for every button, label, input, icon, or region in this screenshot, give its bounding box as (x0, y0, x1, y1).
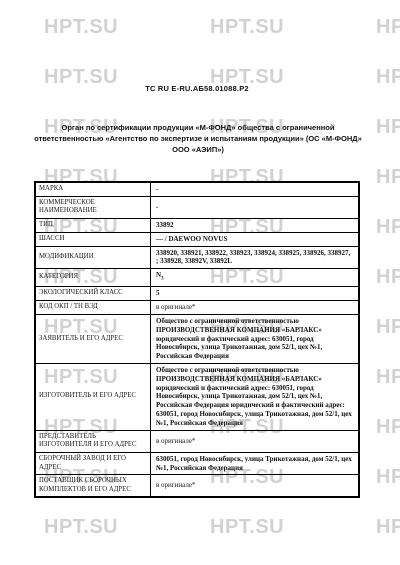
row-label: КОД ОКП / ТН ВЭД (35, 301, 151, 315)
table-row: МАРКА- (35, 182, 359, 196)
watermark-text: HPT.SU (44, 516, 118, 539)
watermark-text: HPT.SU (376, 416, 400, 439)
table-row: ЗАЯВИТЕЛЬ И ЕГО АДРЕСОбщество с ограниче… (35, 314, 359, 363)
watermark-text: HPT.SU (376, 366, 400, 389)
row-value: Общество с ограниченной ответственностью… (151, 314, 360, 363)
table-row: СБОРОЧНЫЙ ЗАВОД И ЕГО АДРЕС630051, город… (35, 452, 359, 475)
table-row: ЭКОЛОГИЧЕСКИЙ КЛАСС5 (35, 287, 359, 301)
row-label: ПРЕДСТАВИТЕЛЬ ИЗГОТОВИТЕЛЯ И ЕГО АДРЕС (35, 430, 151, 452)
table-row: ШАССИ— / DAEWOO NOVUS (35, 232, 359, 246)
watermark-text: HPT.SU (376, 466, 400, 489)
watermark-text: HPT.SU (376, 516, 400, 539)
row-label: ШАССИ (35, 232, 151, 246)
table-row: ПОСТАВЩИК СБОРОЧНЫХ КОМПЛЕКТОВ И ЕГО АДР… (35, 475, 359, 498)
document-page: HPT.SUHPT.SUHPT.SUHPT.SUHPT.SUHPT.SUHPT.… (0, 0, 400, 565)
row-label: КАТЕГОРИЯ (35, 269, 151, 287)
watermark-text: HPT.SU (376, 166, 400, 189)
spec-table-body: МАРКА-КОММЕРЧЕСКОЕ НАИМЕНОВАНИЕ-ТИП33892… (35, 182, 359, 497)
watermark-text: HPT.SU (44, 16, 118, 39)
row-value: N3 (151, 269, 360, 287)
row-label: КОММЕРЧЕСКОЕ НАИМЕНОВАНИЕ (35, 196, 151, 218)
watermark-text: HPT.SU (210, 16, 284, 39)
row-value: в оригинале* (151, 475, 360, 498)
row-value: 5 (151, 287, 360, 301)
table-row: МОДИФИКАЦИИ338920, 338921, 338922, 33892… (35, 246, 359, 269)
table-row: ПРЕДСТАВИТЕЛЬ ИЗГОТОВИТЕЛЯ И ЕГО АДРЕСв … (35, 430, 359, 452)
row-value: Общество с ограниченной ответственностью… (151, 363, 360, 430)
row-value: в оригинале* (151, 430, 360, 452)
row-label: ИЗГОТОВИТЕЛЬ И ЕГО АДРЕС (35, 363, 151, 430)
watermark-text: HPT.SU (210, 516, 284, 539)
row-label: ЭКОЛОГИЧЕСКИЙ КЛАСС (35, 287, 151, 301)
watermark-text: HPT.SU (376, 116, 400, 139)
row-label: МОДИФИКАЦИИ (35, 246, 151, 269)
watermark-text: HPT.SU (376, 266, 400, 289)
table-row: КАТЕГОРИЯN3 (35, 269, 359, 287)
watermark-text: HPT.SU (376, 216, 400, 239)
row-value: - (151, 196, 360, 218)
table-row: ИЗГОТОВИТЕЛЬ И ЕГО АДРЕСОбщество с огран… (35, 363, 359, 430)
certificate-number: ТС RU E-RU.АБ58.01088.Р2 (0, 84, 394, 93)
table-row: ТИП33892 (35, 218, 359, 232)
watermark-text: HPT.SU (376, 316, 400, 339)
row-value: 338920, 338921, 338922, 338923, 338924, … (151, 246, 360, 269)
row-value: 33892 (151, 218, 360, 232)
row-label: ЗАЯВИТЕЛЬ И ЕГО АДРЕС (35, 314, 151, 363)
row-value: - (151, 182, 360, 196)
certification-body-text: Орган по сертификации продукции «М-ФОНД»… (30, 122, 366, 155)
table-row: КОД ОКП / ТН ВЭДв оригинале* (35, 301, 359, 315)
row-value: 630051, город Новосибирск, улица Трикота… (151, 452, 360, 475)
row-value: — / DAEWOO NOVUS (151, 232, 360, 246)
table-row: КОММЕРЧЕСКОЕ НАИМЕНОВАНИЕ- (35, 196, 359, 218)
vehicle-spec-table: МАРКА-КОММЕРЧЕСКОЕ НАИМЕНОВАНИЕ-ТИП33892… (34, 181, 360, 498)
row-label: ТИП (35, 218, 151, 232)
row-label: МАРКА (35, 182, 151, 196)
watermark-text: HPT.SU (376, 16, 400, 39)
row-value: в оригинале* (151, 301, 360, 315)
row-value-subscript: 3 (161, 277, 164, 282)
row-label: ПОСТАВЩИК СБОРОЧНЫХ КОМПЛЕКТОВ И ЕГО АДР… (35, 475, 151, 498)
row-label: СБОРОЧНЫЙ ЗАВОД И ЕГО АДРЕС (35, 452, 151, 475)
